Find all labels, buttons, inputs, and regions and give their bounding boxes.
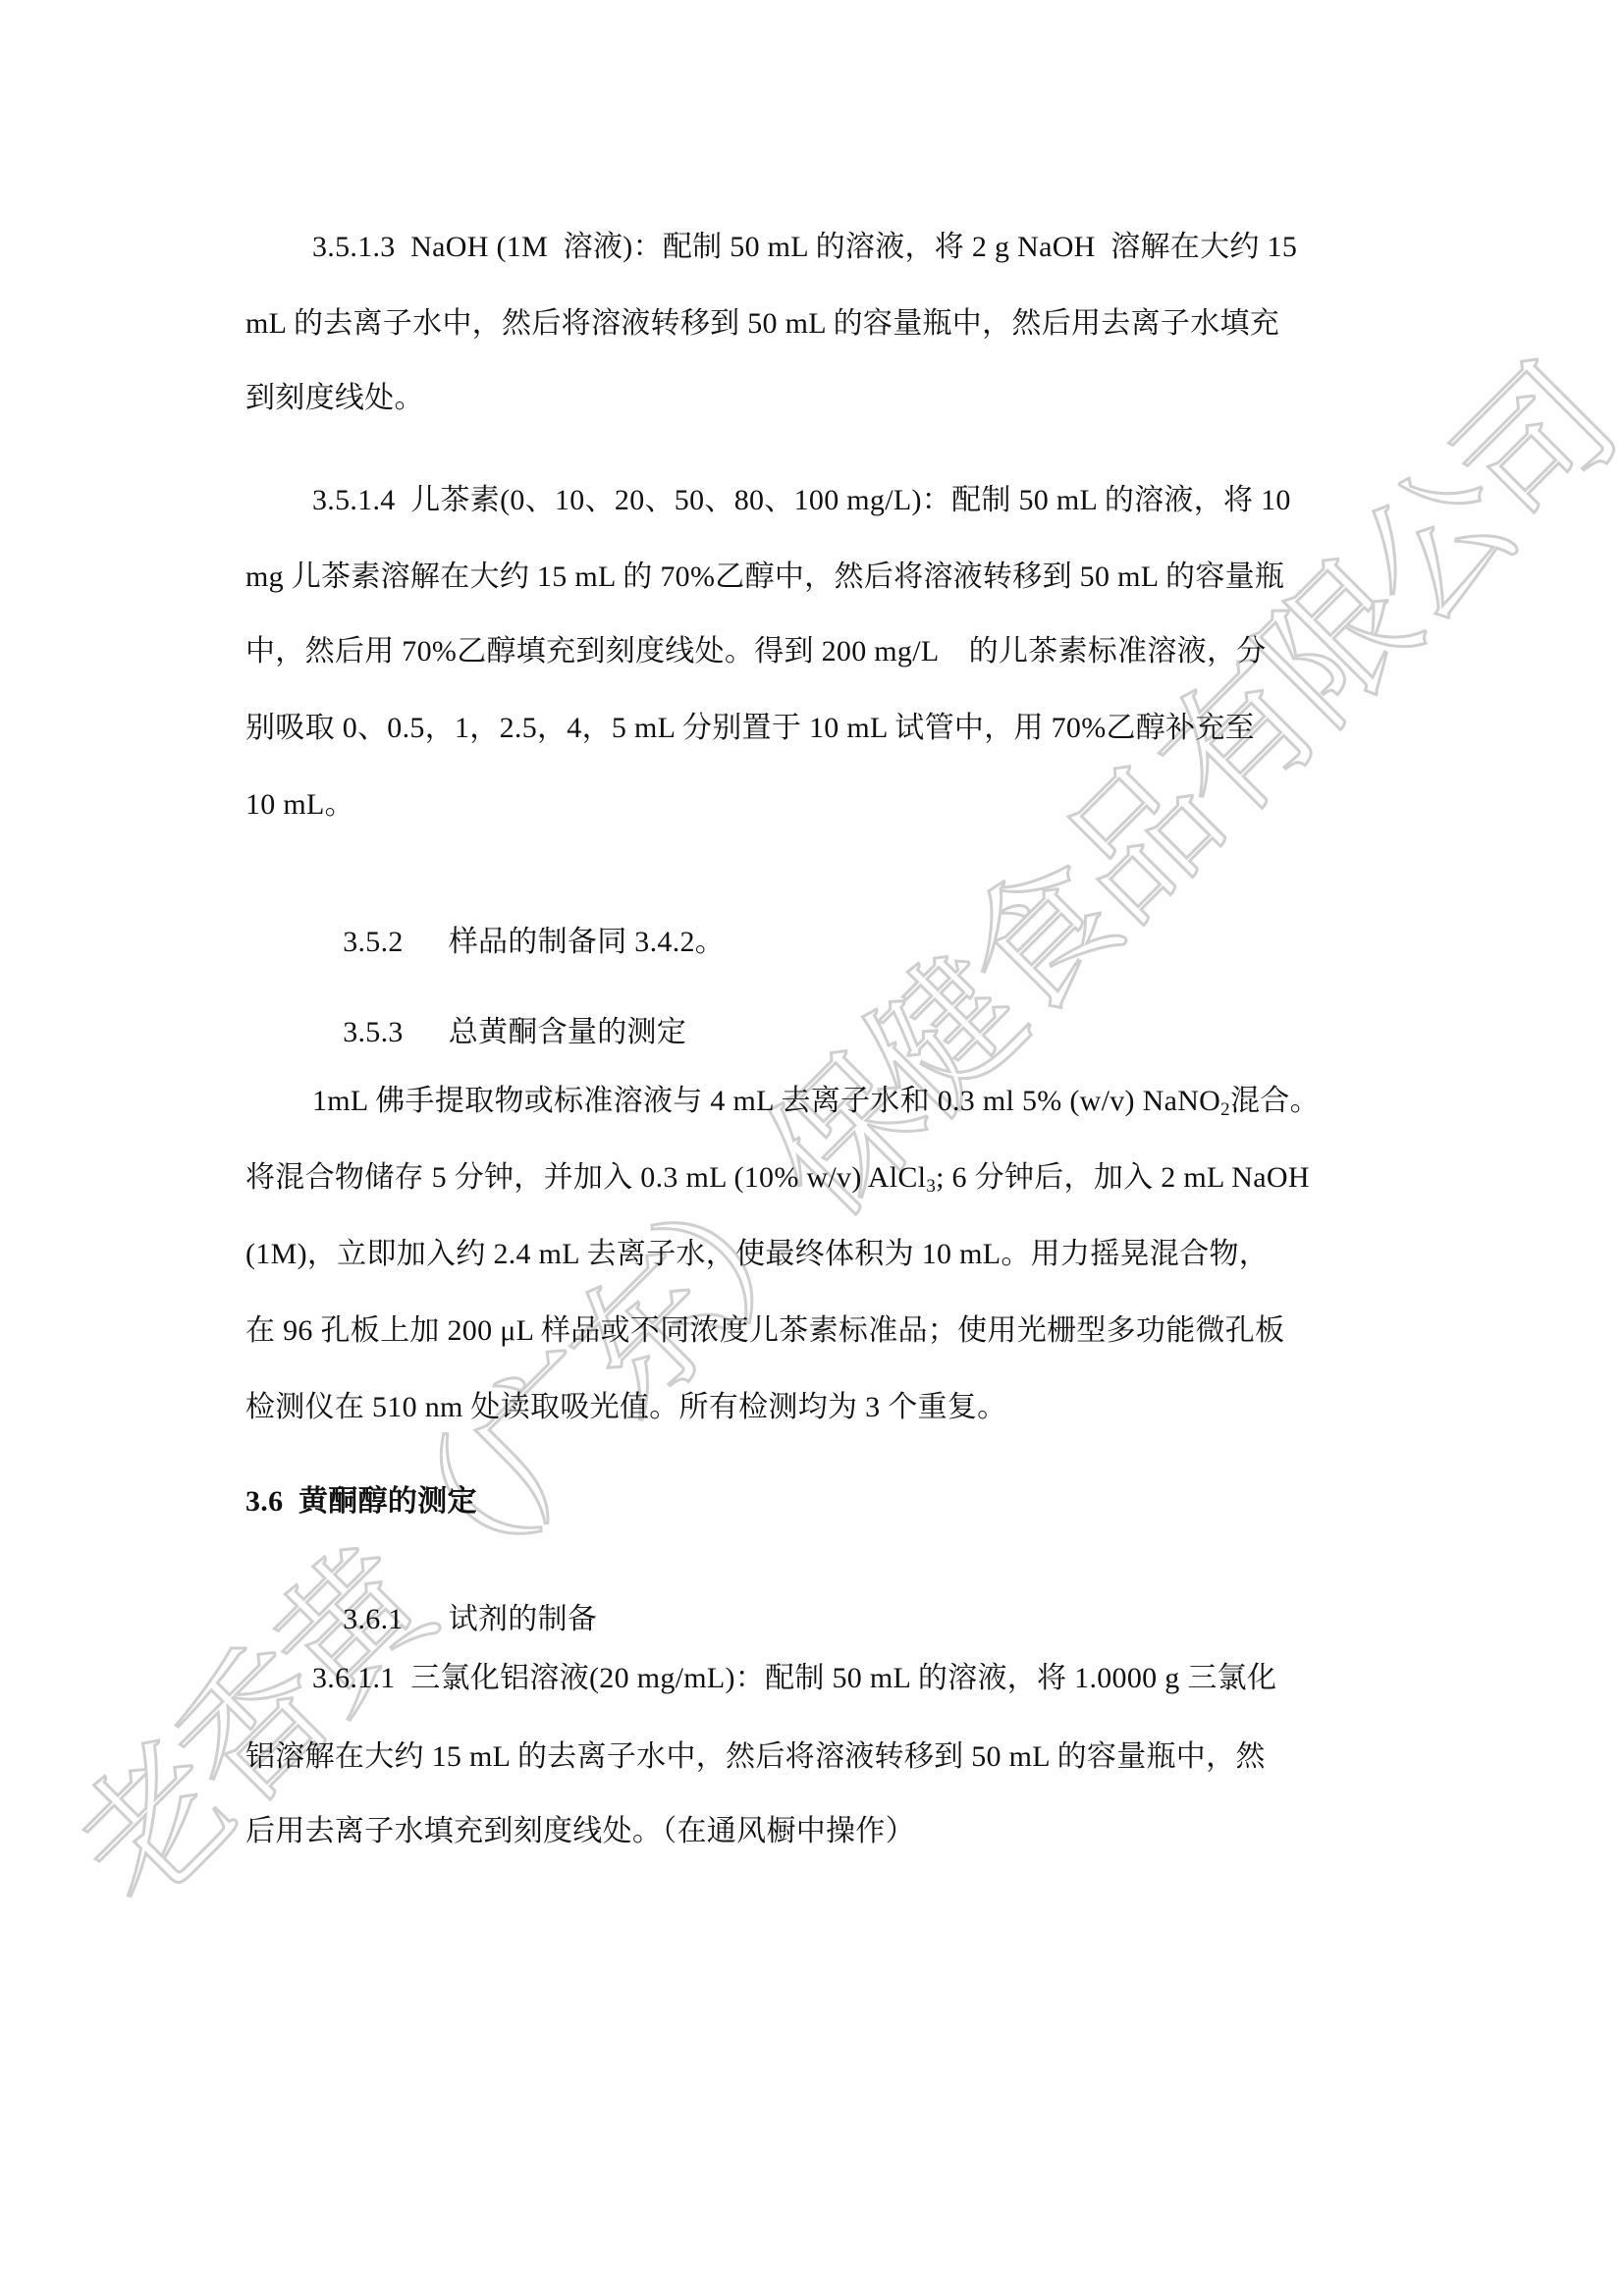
subsection-352: 3.5.2样品的制备同 3.4.2。 [312, 883, 725, 923]
subscript: 3 [926, 1176, 936, 1197]
paragraph-353-line-4: 在 96 孔板上加 200 μL 样品或不同浓度儿茶素标准品；使用光栅型多功能微… [245, 1311, 1284, 1351]
section-heading-36: 3.6 黄酮醇的测定 [245, 1482, 477, 1522]
subscript: 2 [1220, 1099, 1230, 1120]
text-run: ; 6 分钟后，加入 2 mL NaOH [936, 1161, 1310, 1194]
paragraph-3611-line-3: 后用去离子水填充到刻度线处。（在通风橱中操作） [245, 1812, 915, 1851]
subsection-title: 试剂的制备 [449, 1603, 598, 1635]
paragraph-3514-line-3: 中，然后用 70%乙醇填充到刻度线处。得到 200 mg/L 的儿茶素标准溶液，… [245, 632, 1267, 671]
paragraph-353-line-2: 将混合物储存 5 分钟，并加入 0.3 mL (10% w/v) AlCl3; … [245, 1158, 1310, 1198]
subsection-353: 3.5.3总黄酮含量的测定 [312, 974, 686, 1013]
paragraph-3513-line-3: 到刻度线处。 [245, 379, 424, 418]
subsection-number: 3.5.2 [343, 926, 404, 958]
subsection-number: 3.5.3 [343, 1016, 404, 1048]
paragraph-3513-line-1: 3.5.1.3 NaOH (1M 溶液)：配制 50 mL 的溶液，将 2 g … [312, 228, 1297, 267]
subsection-title: 样品的制备同 3.4.2。 [449, 926, 725, 958]
text-run: 混合。 [1230, 1085, 1320, 1117]
text-run: 1mL 佛手提取物或标准溶液与 4 mL 去离子水和 0.3 ml 5% (w/… [312, 1085, 1220, 1117]
document-page: 老香黄（广东）保健食品有限公司 3.5.1.3 NaOH (1M 溶液)：配制 … [0, 0, 1624, 2296]
paragraph-353-line-1: 1mL 佛手提取物或标准溶液与 4 mL 去离子水和 0.3 ml 5% (w/… [312, 1082, 1320, 1121]
subsection-number: 3.6.1 [343, 1603, 404, 1635]
text-run: 将混合物储存 5 分钟，并加入 0.3 mL (10% w/v) AlCl [245, 1161, 926, 1194]
paragraph-3611-line-1: 3.6.1.1 三氯化铝溶液(20 mg/mL)：配制 50 mL 的溶液，将 … [312, 1659, 1276, 1698]
paragraph-353-line-3: (1M)，立即加入约 2.4 mL 去离子水，使最终体积为 10 mL。用力摇晃… [245, 1235, 1269, 1274]
paragraph-3514-line-4: 别吸取 0、0.5，1，2.5，4，5 mL 分别置于 10 mL 试管中，用 … [245, 709, 1255, 748]
paragraph-3514-line-2: mg 儿茶素溶解在大约 15 mL 的 70%乙醇中，然后将溶液转移到 50 m… [245, 558, 1284, 597]
paragraph-353-line-5: 检测仪在 510 nm 处读取吸光值。所有检测均为 3 个重复。 [245, 1388, 1006, 1427]
paragraph-3514-line-5: 10 mL。 [245, 785, 354, 825]
paragraph-3513-line-2: mL 的去离子水中，然后将溶液转移到 50 mL 的容量瓶中，然后用去离子水填充 [245, 304, 1279, 344]
paragraph-3611-line-2: 铝溶解在大约 15 mL 的去离子水中，然后将溶液转移到 50 mL 的容量瓶中… [245, 1737, 1266, 1777]
paragraph-3514-line-1: 3.5.1.4 儿茶素(0、10、20、50、80、100 mg/L)：配制 5… [312, 481, 1291, 520]
subsection-361: 3.6.1试剂的制备 [312, 1561, 597, 1600]
subsection-title: 总黄酮含量的测定 [449, 1016, 686, 1048]
